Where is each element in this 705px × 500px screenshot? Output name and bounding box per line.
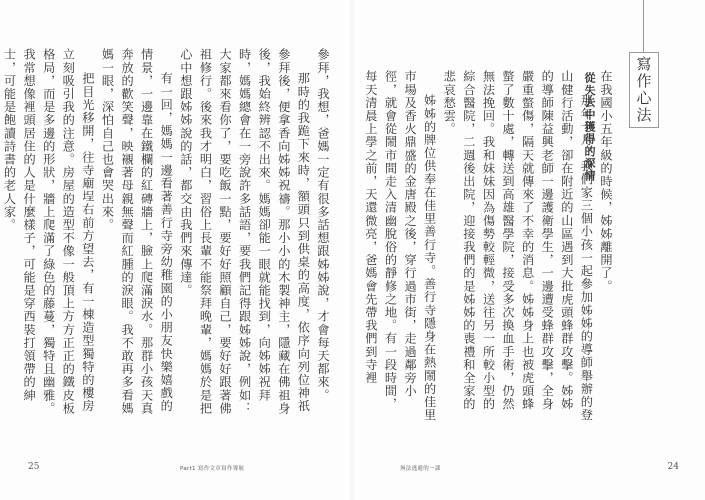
page-number: 24 xyxy=(668,462,679,472)
paragraph: 那年十月，我們家三個小孩一起參加姊姊的導師舉辦的登山健行活動，卻在附近的山區遇到… xyxy=(439,70,596,422)
paragraph: 姊姊的牌位供奉在佳里善行寺。善行寺隱身在熱鬧的佳里市場及香火鼎盛的金唐殿之後，穿… xyxy=(360,70,438,422)
book-gutter xyxy=(350,0,354,500)
paragraph: 有一回，媽媽一邊看著善行寺旁幼稚園的小朋友快樂嬉戲的情景，一邊靠在鐵欄的紅磚牆上… xyxy=(97,48,175,423)
paragraph: 參拜，我想，爸媽一定有很多話想跟姊姊說，才會每天都來。 xyxy=(312,48,332,423)
right-page: 寫作心法 從失去中獲得的深情 在我國小五年級的時候，姊姊離開了。 那年十月，我們… xyxy=(352,0,705,500)
paragraph: 把目光移開，往寺廟埕右前方望去，有一棟造型獨特的樓房立刻吸引我的注意。房屋的造型… xyxy=(0,48,97,423)
running-head: Part1 寫作文章寫作導航 xyxy=(180,464,244,472)
body-text: 在我國小五年級的時候，姊姊離開了。 那年十月，我們家三個小孩一起參加姊姊的導師舉… xyxy=(375,70,615,422)
tab-connector-line xyxy=(643,0,644,52)
paragraph: 那時的我跪下來時，額頭只到供桌的高度，依序向列位神祇參拜後，便拿香向姊姊祝禱。那… xyxy=(175,48,312,423)
chapter-tab-label: 寫作心法 xyxy=(629,52,659,128)
body-text: 參拜，我想，爸媽一定有很多話想跟姊姊說，才會每天都來。 那時的我跪下來時，額頭只… xyxy=(12,48,332,423)
page-number: 25 xyxy=(28,462,39,472)
paragraph: 在我國小五年級的時候，姊姊離開了。 xyxy=(595,70,615,422)
running-head: 無法逃避的一課 xyxy=(400,464,441,472)
left-page: 參拜，我想，爸媽一定有很多話想跟姊姊說，才會每天都來。 那時的我跪下來時，額頭只… xyxy=(0,0,352,500)
